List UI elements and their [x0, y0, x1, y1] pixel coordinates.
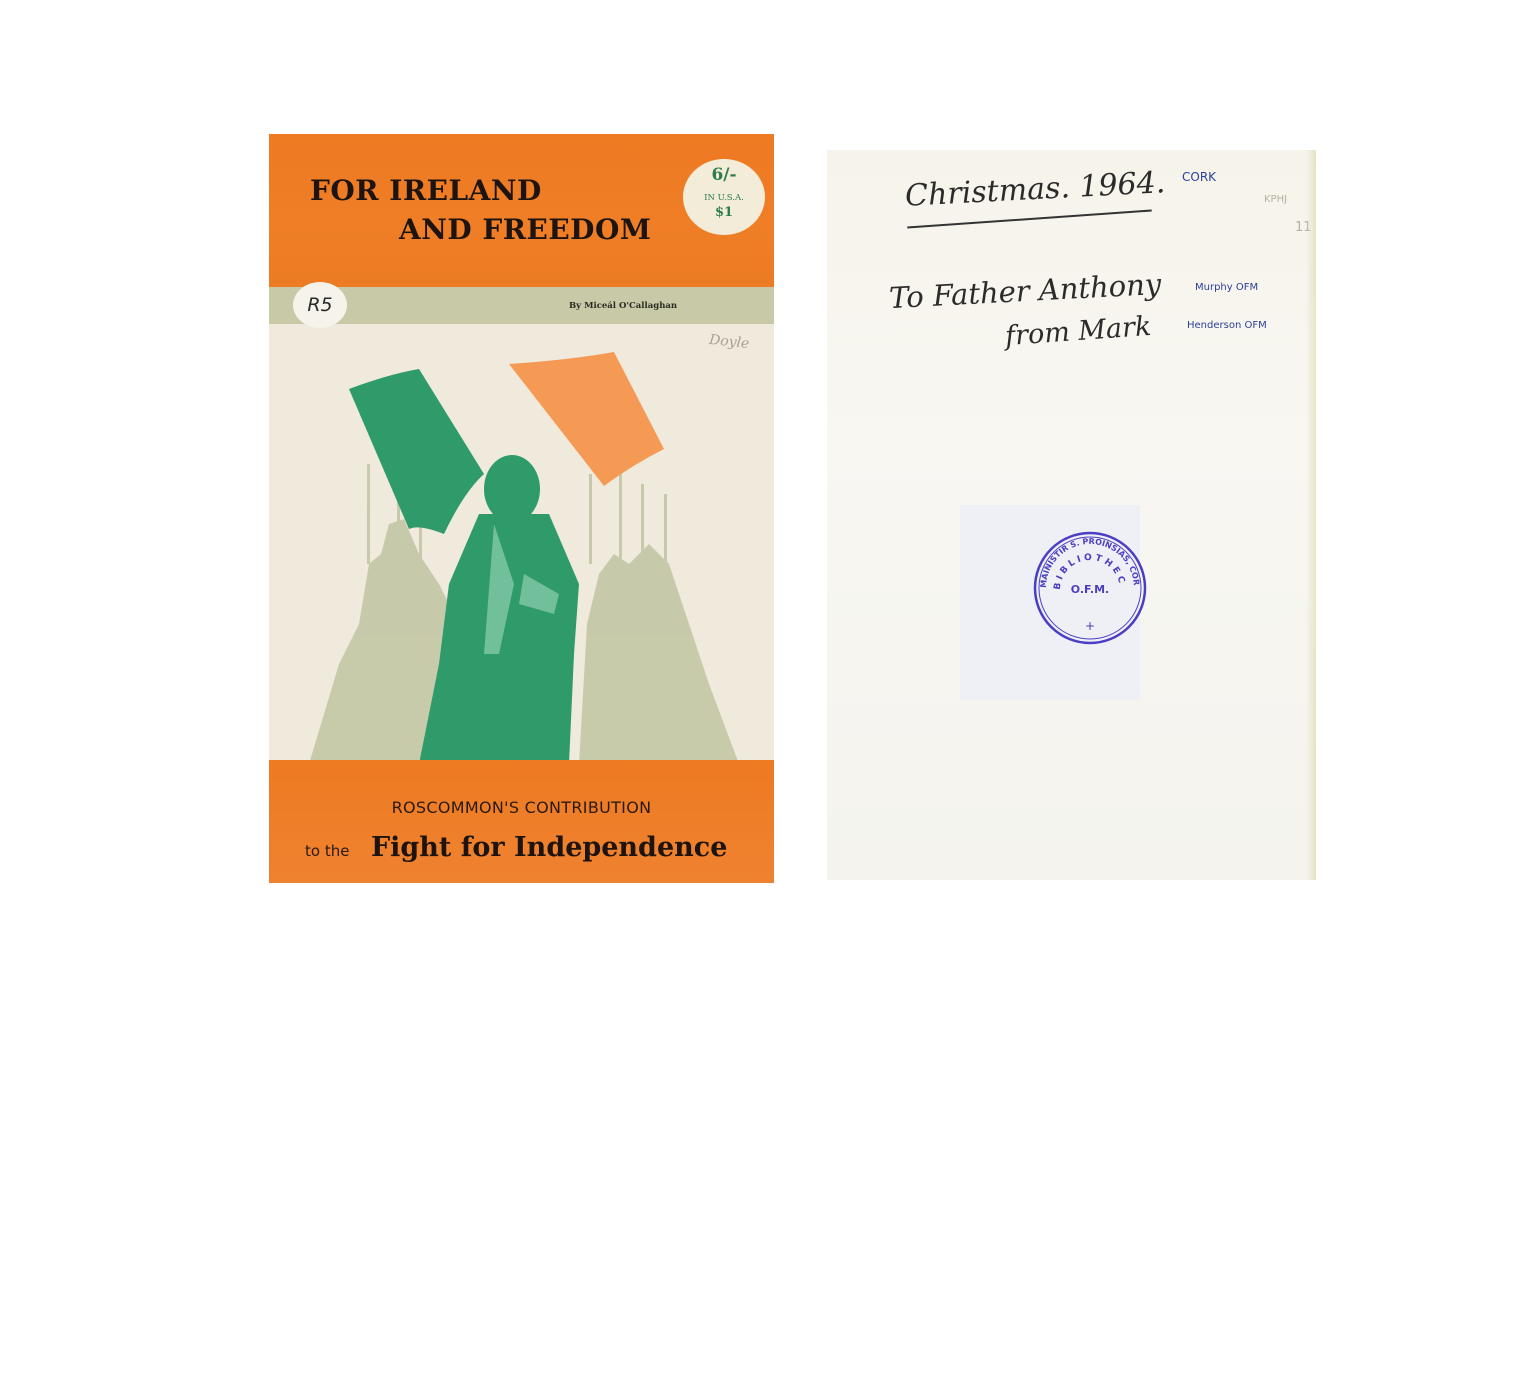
svg-text:O.F.M.: O.F.M.	[1071, 583, 1110, 596]
cover-subtitle-main: Fight for Independence	[371, 832, 727, 863]
blue-note-sender-surname: Henderson OFM	[1187, 320, 1267, 331]
cover-title-line2: AND FREEDOM	[399, 213, 651, 246]
price-us: $1	[683, 205, 765, 220]
handwritten-sender: from Mark	[1004, 311, 1152, 352]
date-underline	[907, 209, 1152, 228]
book-cover: FOR IRELAND AND FREEDOM 6/- IN U.S.A. $1…	[269, 134, 774, 883]
svg-text:+: +	[1085, 619, 1095, 633]
inscription-page: Christmas. 1964. CORK KPHJ 11 To Father …	[827, 150, 1316, 880]
library-stamp-icon: MAINISTIR S. PROINSIAS, CORCAIGH BIBLIOT…	[1032, 530, 1148, 646]
author-name: By Miceál O'Callaghan	[569, 301, 677, 311]
cover-top-band: FOR IRELAND AND FREEDOM 6/- IN U.S.A. $1	[269, 134, 774, 287]
cover-subtitle-to-the: to the	[305, 842, 349, 860]
price-us-label: IN U.S.A.	[683, 193, 765, 203]
reference-sticker: R5	[293, 282, 347, 328]
cover-subtitle-line1: ROSCOMMON'S CONTRIBUTION	[269, 798, 774, 817]
blue-note-place: CORK	[1182, 170, 1216, 184]
handwritten-date: Christmas. 1964.	[904, 165, 1166, 214]
handwritten-recipient: To Father Anthony	[888, 267, 1162, 315]
blue-note-recipient-surname: Murphy OFM	[1195, 282, 1258, 293]
cover-bottom-band: ROSCOMMON'S CONTRIBUTION to the Fight fo…	[269, 760, 774, 883]
cover-illustration	[269, 324, 774, 764]
pencil-number: 11	[1295, 220, 1312, 235]
price-main: 6/-	[683, 165, 765, 185]
pencil-code: KPHJ	[1264, 194, 1287, 205]
cover-title-line1: FOR IRELAND	[310, 174, 542, 207]
price-badge: 6/- IN U.S.A. $1	[683, 159, 765, 235]
